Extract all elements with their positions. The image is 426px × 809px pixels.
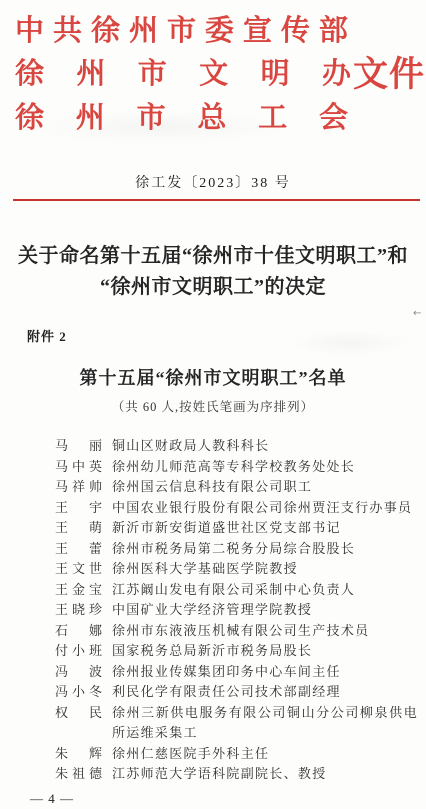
- roster-row: 王晓珍 中国矿业大学经济管理学院教授: [55, 600, 420, 621]
- roster-row: 权民 徐州三新供电服务有限公司铜山分公司柳泉供电所运维采集工: [55, 703, 420, 744]
- letterhead: 中共徐州市委宣传部 徐州市文明办 文件 徐州市总工会: [15, 16, 425, 134]
- letterhead-line-1: 中共徐州市委宣传部: [15, 16, 348, 47]
- roster-person-title: 新沂市新安街道盛世社区党支部书记: [112, 518, 418, 539]
- roster-person-name: 权民: [55, 703, 102, 724]
- document-title-line-2: “徐州市文明职工”的决定: [0, 272, 426, 303]
- roster-person-title: 徐州报业传媒集团印务中心车间主任: [112, 662, 418, 683]
- roster-person-title: 徐州医科大学基础医学院教授: [112, 559, 418, 580]
- roster-person-name: 王萌: [55, 518, 102, 539]
- roster-person-name: 朱祖德: [55, 764, 102, 785]
- roster-person-title: 铜山区财政局人教科科长: [112, 436, 418, 457]
- red-divider-line: [13, 199, 420, 201]
- letterhead-wenjian-suffix: 文件: [353, 57, 425, 92]
- roster-row: 朱祖德 江苏师范大学语科院副院长、教授: [55, 764, 420, 785]
- scan-artifact: [290, 330, 410, 356]
- roster-row: 马丽 铜山区财政局人教科科长: [55, 436, 420, 457]
- roster-note: （共 60 人,按姓氏笔画为序排列）: [0, 397, 426, 415]
- attachment-label: 附件 2: [27, 326, 67, 345]
- roster-row: 石娜 徐州市东液液压机械有限公司生产技术员: [55, 621, 420, 642]
- roster-row: 马中英 徐州幼儿师范高等专科学校教务处处长: [55, 457, 420, 478]
- roster-person-name: 马中英: [55, 457, 102, 478]
- roster-person-title: 徐州仁慈医院手外科主任: [112, 744, 418, 765]
- roster-person-title: 徐州市税务局第二税务分局综合股股长: [112, 539, 418, 560]
- roster-person-title: 国家税务总局新沂市税务局股长: [112, 641, 418, 662]
- roster-person-name: 冯波: [55, 662, 102, 683]
- roster-row: 王蕾 徐州市税务局第二税务分局综合股股长: [55, 539, 420, 560]
- roster-person-title: 徐州市东液液压机械有限公司生产技术员: [112, 621, 418, 642]
- letterhead-line-2: 徐州市文明办: [15, 59, 351, 90]
- roster-list: 马丽 铜山区财政局人教科科长 马中英 徐州幼儿师范高等专科学校教务处处长 马祥帅…: [55, 436, 420, 785]
- roster-row: 冯小冬 利民化学有限责任公司技术部副经理: [55, 682, 420, 703]
- roster-row: 王宇 中国农业银行股份有限公司徐州贾汪支行办事员: [55, 498, 420, 519]
- roster-person-title: 利民化学有限责任公司技术部副经理: [112, 682, 418, 703]
- roster-person-title: 徐州三新供电服务有限公司铜山分公司柳泉供电所运维采集工: [112, 703, 418, 744]
- roster-person-name: 王文世: [55, 559, 102, 580]
- letterhead-line-3: 徐州市总工会: [15, 103, 348, 134]
- roster-person-title: 徐州国云信息科技有限公司职工: [112, 477, 418, 498]
- roster-person-name: 石娜: [55, 621, 102, 642]
- roster-person-title: 江苏阚山发电有限公司采制中心负责人: [112, 580, 418, 601]
- roster-person-title: 中国矿业大学经济管理学院教授: [112, 600, 418, 621]
- page-number: — 4 —: [30, 791, 74, 807]
- roster-title: 第十五届“徐州市文明职工”名单: [0, 364, 426, 390]
- roster-person-name: 朱辉: [55, 744, 102, 765]
- roster-person-title: 徐州幼儿师范高等专科学校教务处处长: [112, 457, 418, 478]
- roster-person-name: 王晓珍: [55, 600, 102, 621]
- roster-row: 王金宝 江苏阚山发电有限公司采制中心负责人: [55, 580, 420, 601]
- roster-person-name: 付小班: [55, 641, 102, 662]
- roster-person-name: 马丽: [55, 436, 102, 457]
- document-title: 关于命名第十五届“徐州市十佳文明职工”和 “徐州市文明职工”的决定: [0, 241, 426, 303]
- document-page: 中共徐州市委宣传部 徐州市文明办 文件 徐州市总工会 徐工发〔2023〕38 号…: [0, 0, 426, 809]
- roster-person-name: 马祥帅: [55, 477, 102, 498]
- roster-row: 王萌 新沂市新安街道盛世社区党支部书记: [55, 518, 420, 539]
- roster-row: 冯波 徐州报业传媒集团印务中心车间主任: [55, 662, 420, 683]
- document-title-line-1: 关于命名第十五届“徐州市十佳文明职工”和: [0, 241, 426, 272]
- roster-row: 付小班 国家税务总局新沂市税务局股长: [55, 641, 420, 662]
- return-arrow-mark: ←: [413, 308, 421, 319]
- roster-person-name: 王宇: [55, 498, 102, 519]
- roster-row: 朱辉 徐州仁慈医院手外科主任: [55, 744, 420, 765]
- letterhead-line-2-row: 徐州市文明办 文件: [15, 57, 425, 92]
- roster-person-name: 冯小冬: [55, 682, 102, 703]
- roster-row: 马祥帅 徐州国云信息科技有限公司职工: [55, 477, 420, 498]
- roster-row: 王文世 徐州医科大学基础医学院教授: [55, 559, 420, 580]
- roster-person-title: 江苏师范大学语科院副院长、教授: [112, 764, 418, 785]
- roster-person-name: 王金宝: [55, 580, 102, 601]
- roster-person-name: 王蕾: [55, 539, 102, 560]
- roster-person-title: 中国农业银行股份有限公司徐州贾汪支行办事员: [112, 498, 418, 519]
- document-number: 徐工发〔2023〕38 号: [0, 172, 426, 192]
